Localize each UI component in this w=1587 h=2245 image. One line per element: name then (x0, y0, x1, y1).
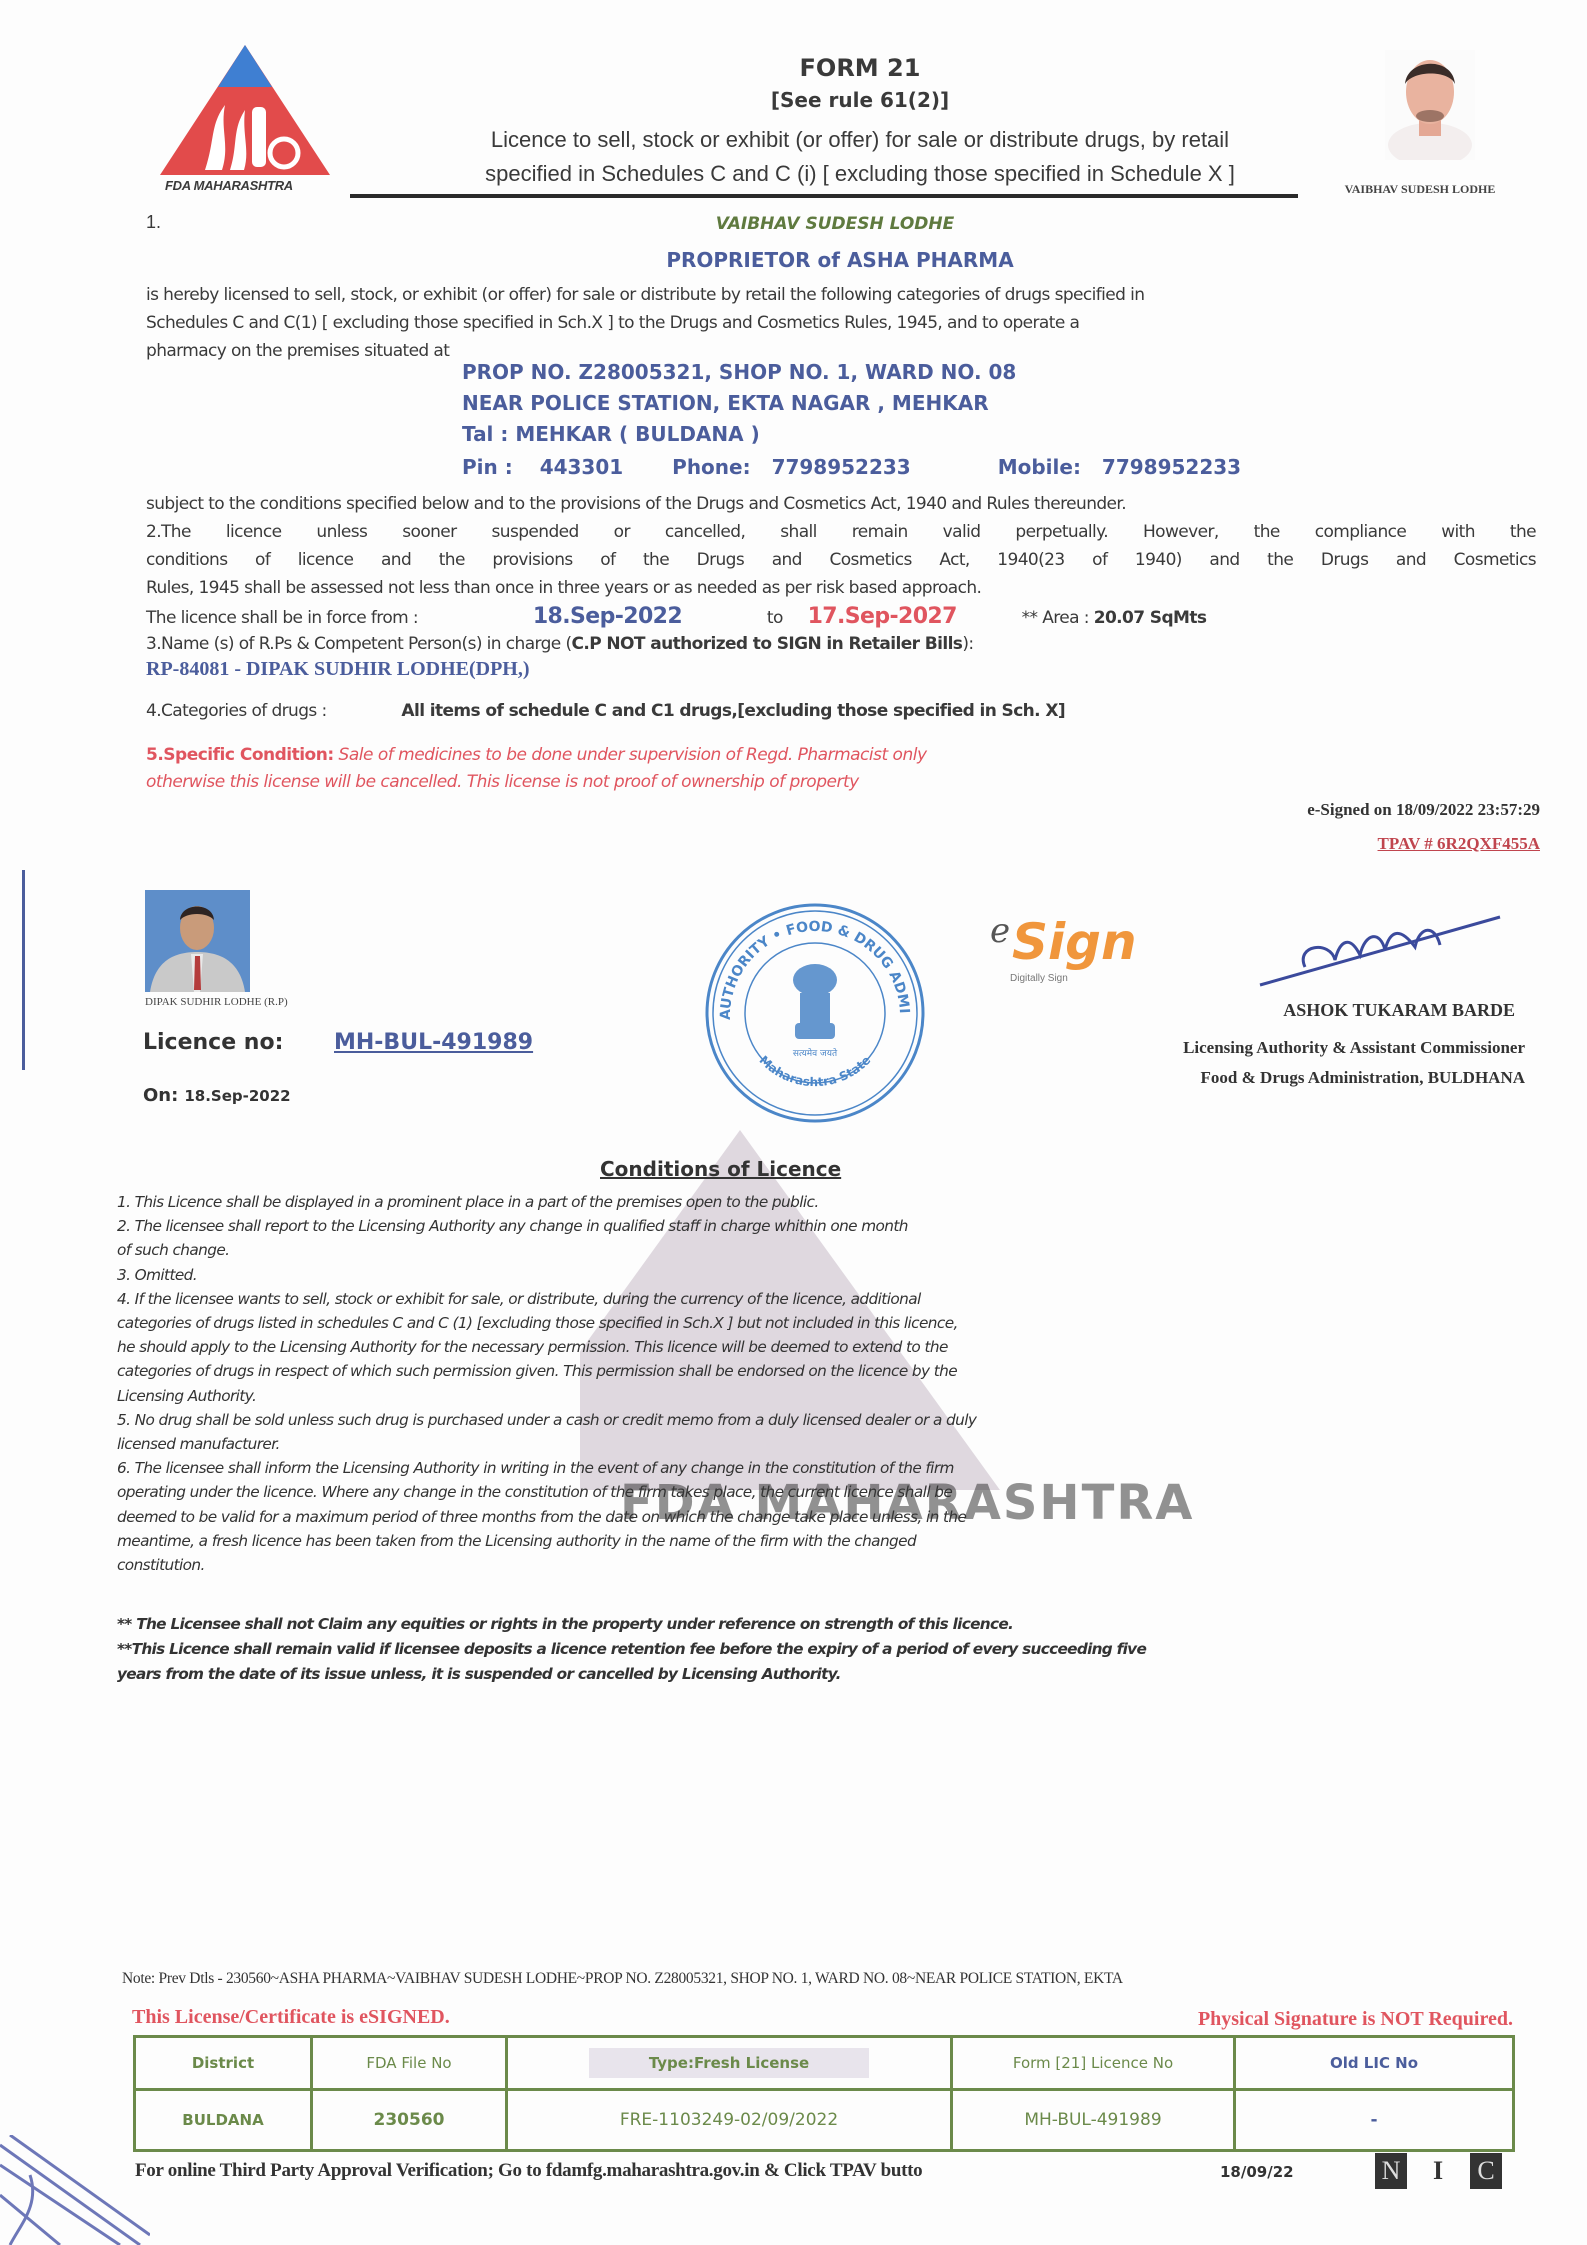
address-line-1: PROP NO. Z28005321, SHOP NO. 1, WARD NO.… (462, 360, 1016, 384)
clause-3-label: 3.Name (s) of R.Ps & Competent Person(s)… (146, 634, 572, 654)
address-line-2: NEAR POLICE STATION, EKTA NAGAR , MEHKAR (462, 391, 989, 415)
esign-logo: e Sign Digitally Sign (990, 905, 1190, 985)
condition-item: 5. No drug shall be sold unless such dru… (117, 1408, 987, 1456)
nic-logo-n: N (1375, 2153, 1407, 2189)
esigned-notice: This License/Certificate is eSIGNED. (132, 2006, 450, 2029)
license-type: Type:Fresh License (589, 2048, 869, 2078)
authority-title: Licensing Authority & Assistant Commissi… (1080, 1033, 1525, 1063)
validity-line: The licence shall be in force from : 18.… (146, 603, 1536, 632)
previous-details-note: Note: Prev Dtls - 230560~ASHA PHARMA~VAI… (122, 1970, 1123, 1988)
categories-line: 4.Categories of drugs : All items of sch… (146, 697, 1536, 725)
contact-line: Pin : 443301 Phone: 7798952233 Mobile: 7… (462, 455, 1562, 479)
issued-on: On:18.Sep-2022 (143, 1085, 291, 1106)
condition-item: 4. If the licensee wants to sell, stock … (117, 1287, 972, 1408)
authority-office: Food & Drugs Administration, BULDHANA (1080, 1063, 1525, 1093)
proprietor-photo-caption: VAIBHAV SUDESH LODHE (1320, 182, 1520, 197)
margin-ink-mark (22, 870, 25, 1070)
condition-note: ** The Licensee shall not Claim any equi… (117, 1612, 1167, 1637)
nic-logo-i: I (1422, 2153, 1454, 2189)
svg-text:सत्यमेव जयते: सत्यमेव जयते (793, 1047, 838, 1059)
area-value: 20.07 SqMts (1094, 608, 1207, 628)
nic-logo-c: C (1470, 2153, 1502, 2189)
clause-3-bold: C.P NOT authorized to SIGN in Retailer B… (572, 634, 963, 654)
form-description-line: specified in Schedules C and C (i) [ exc… (400, 157, 1320, 191)
tpav-code: TPAV # 6R2QXF455A (1120, 834, 1540, 854)
corner-ink-stamp (0, 2135, 150, 2245)
table-cell: FRE-1103249-02/09/2022 (507, 2090, 952, 2151)
clause-2-line: 2.The licence unless sooner suspended or… (146, 518, 1536, 546)
intro-line: is hereby licensed to sell, stock, or ex… (146, 281, 1536, 309)
form-title: FORM 21 (620, 54, 1100, 82)
esigned-timestamp: e-Signed on 18/09/2022 23:57:29 (1120, 800, 1540, 820)
licence-intro: is hereby licensed to sell, stock, or ex… (146, 281, 1536, 365)
form-description-line: Licence to sell, stock or exhibit (or of… (400, 123, 1320, 157)
valid-from-date: 18.Sep-2022 (533, 604, 682, 629)
specific-label: 5.Specific Condition: (146, 745, 334, 765)
item-number: 1. (146, 212, 161, 233)
authority-designation: Licensing Authority & Assistant Commissi… (1080, 1033, 1525, 1093)
physical-signature-notice: Physical Signature is NOT Required. (1000, 2008, 1513, 2031)
specific-condition: 5.Specific Condition: Sale of medicines … (146, 742, 966, 796)
clause-2-line: Rules, 1945 shall be assessed not less t… (146, 574, 1536, 602)
table-cell: MH-BUL-491989 (952, 2090, 1235, 2151)
phone-label: Phone: (672, 455, 750, 479)
area-label: ** Area : (1022, 608, 1089, 628)
pin-label: Pin : (462, 455, 513, 479)
mobile-label: Mobile: (998, 455, 1081, 479)
form-description: Licence to sell, stock or exhibit (or of… (400, 123, 1320, 191)
conditions-list: 1. This Licence shall be displayed in a … (117, 1190, 1167, 1577)
table-header-cell: District (135, 2037, 312, 2090)
intro-line: Schedules C and C(1) [ excluding those s… (146, 309, 1536, 337)
valid-to-date: 17.Sep-2027 (808, 604, 957, 629)
licence-no-value: MH-BUL-491989 (334, 1030, 533, 1055)
categories-value: All items of schedule C and C1 drugs,[ex… (401, 701, 1065, 721)
fda-maharashtra-logo (160, 45, 330, 200)
in-force-label: The licence shall be in force from : (146, 608, 418, 628)
licensee-name: VAIBHAV SUDESH LODHE (600, 214, 1070, 234)
mobile-value: 7798952233 (1102, 455, 1241, 479)
header-divider (350, 194, 1298, 198)
condition-item: 6. The licensee shall inform the Licensi… (117, 1456, 972, 1577)
pharmacist-photo-caption: DIPAK SUDHIR LODHE (R.P) (145, 996, 288, 1008)
table-header-cell: Type:Fresh License (507, 2037, 952, 2090)
table-cell: BULDANA (135, 2090, 312, 2151)
licence-no-label: Licence no: (143, 1030, 283, 1055)
table-row: BULDANA 230560 FRE-1103249-02/09/2022 MH… (135, 2090, 1514, 2151)
table-header-cell: FDA File No (312, 2037, 507, 2090)
to-label: to (767, 608, 783, 628)
clause-2: 2.The licence unless sooner suspended or… (146, 518, 1536, 602)
table-header-cell: Form [21] Licence No (952, 2037, 1235, 2090)
firm-name: PROPRIETOR of ASHA PHARMA (560, 248, 1120, 272)
issued-on-label: On: (143, 1085, 178, 1106)
pharmacist-photo (145, 890, 250, 992)
proprietor-photo (1385, 50, 1475, 160)
clause-3: 3.Name (s) of R.Ps & Competent Person(s)… (146, 630, 1536, 658)
authority-name: ASHOK TUKARAM BARDE (1100, 1000, 1515, 1021)
subject-line: subject to the conditions specified belo… (146, 490, 1536, 518)
categories-label: 4.Categories of drugs : (146, 701, 327, 721)
phone-value: 7798952233 (772, 455, 911, 479)
conditions-title: Conditions of Licence (600, 1157, 841, 1181)
tpav-verification-text: For online Third Party Approval Verifica… (135, 2160, 922, 2182)
esign-logo-subtitle: Digitally Sign (1010, 973, 1068, 984)
table-cell: 230560 (312, 2090, 507, 2151)
issued-on-date: 18.Sep-2022 (184, 1087, 290, 1105)
pin-value: 443301 (540, 455, 624, 479)
form-rule: [See rule 61(2)] (620, 88, 1100, 112)
condition-item: 1. This Licence shall be displayed in a … (117, 1190, 1167, 1214)
footer-date: 18/09/22 (1220, 2163, 1294, 2181)
table-cell: - (1235, 2090, 1514, 2151)
address-line-3: Tal : MEHKAR ( BULDANA ) (462, 422, 760, 446)
registered-pharmacist: RP-84081 - DIPAK SUDHIR LODHE(DPH,) (146, 658, 530, 681)
condition-item: 3. Omitted. (117, 1263, 1167, 1287)
esign-logo-text: Sign (1012, 913, 1137, 971)
table-header-row: District FDA File No Type:Fresh License … (135, 2037, 1514, 2090)
clause-2-line: conditions of licence and the provisions… (146, 546, 1536, 574)
fda-seal-stamp: LICENSING AUTHORITY • FOOD & DRUG ADMINI… (700, 898, 930, 1128)
condition-note: **This Licence shall remain valid if lic… (117, 1637, 1167, 1687)
authority-signature (1250, 905, 1510, 995)
condition-item: 2. The licensee shall report to the Lice… (117, 1214, 917, 1262)
conditions-notes: ** The Licensee shall not Claim any equi… (117, 1612, 1167, 1687)
licence-summary-table: District FDA File No Type:Fresh License … (133, 2035, 1515, 2152)
clause-3-end: ): (962, 634, 973, 654)
logo-caption: FDA MAHARASHTRA (165, 178, 330, 193)
table-header-cell: Old LIC No (1235, 2037, 1514, 2090)
esign-logo-e: e (990, 911, 1010, 951)
